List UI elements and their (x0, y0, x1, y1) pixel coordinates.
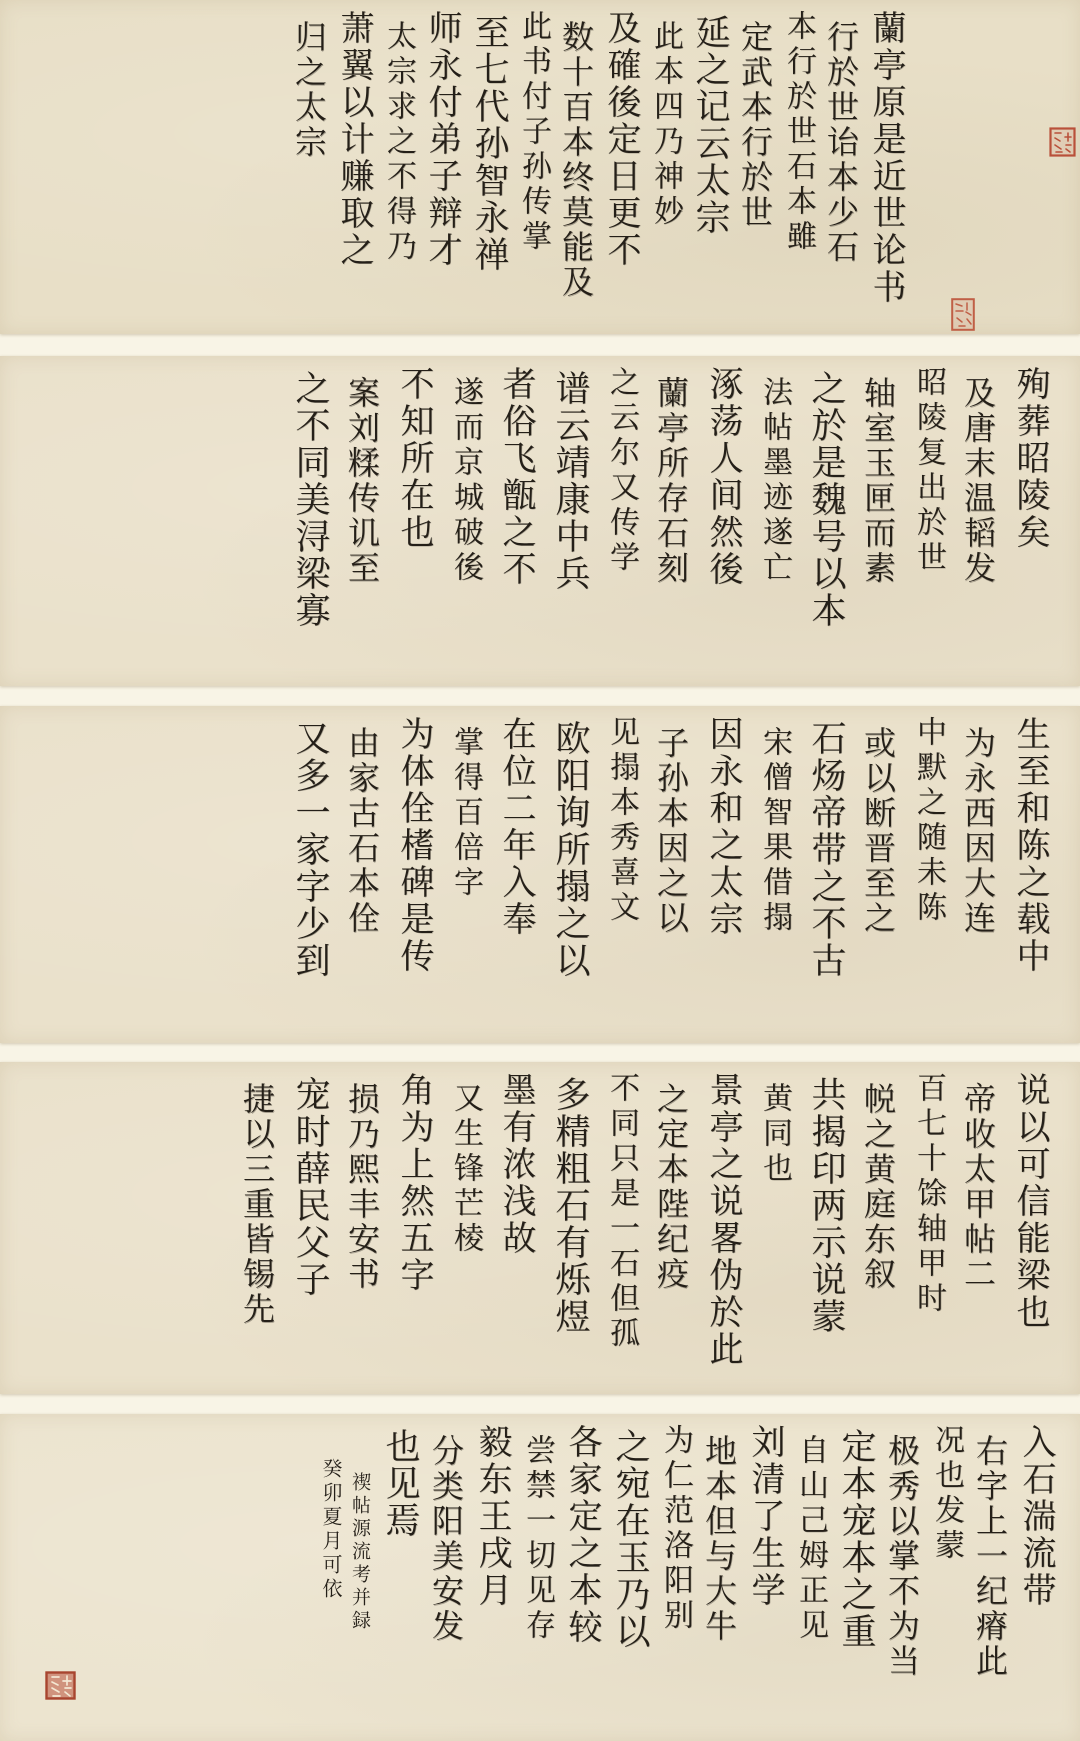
scroll-section-2: 殉葬昭陵矣及唐末温韬发昭陵复出於世轴室玉匣而素之於是魏号以本法帖墨迹遂亡涿荡人间… (0, 356, 1080, 686)
calligraphy-column: 宋僧智果借搨 (759, 716, 789, 1033)
scroll-section-1: 蘭亭原是近世论书行於世诒本少石本行於世石本雖定武本行於世延之记云太宗此本四乃神妙… (0, 0, 1080, 334)
calligraphy-columns-section-5: 入石湍流带右字上一纪瘠此况也发蒙极秀以掌不为当定本宠本之重自山己姆正见刘清了生学… (0, 1414, 1080, 1741)
calligraphy-column: 数十百本终莫能及 (560, 10, 592, 324)
calligraphy-column: 也见焉 (382, 1424, 417, 1731)
colophon-column: 禊帖源流考并録 (350, 1424, 369, 1731)
scroll-section-4: 说以可信能梁也帝收太甲帖二百七十馀轴甲时帨之黄庭东叙共揭印两示说蒙黄同也景亭之说… (0, 1062, 1080, 1394)
colophon-column: 癸卯夏月可依 (321, 1424, 341, 1731)
calligraphy-columns-section-4: 说以可信能梁也帝收太甲帖二百七十馀轴甲时帨之黄庭东叙共揭印两示说蒙黄同也景亭之说… (0, 1062, 1080, 1394)
calligraphy-column: 延之记云太宗 (692, 10, 727, 324)
calligraphy-column: 中默之随未陈 (913, 716, 943, 1033)
calligraphy-columns-section-3: 生至和陈之载中为永西因大连中默之随未陈或以断晋至之石炀帝带之不古宋僧智果借搨因永… (0, 706, 1080, 1043)
artist-seal-icon (45, 1671, 76, 1700)
calligraphy-column: 案刘糅传讥至 (346, 366, 378, 676)
calligraphy-column: 之云尔又传学 (606, 366, 636, 676)
calligraphy-column: 自山己姆正见 (795, 1424, 825, 1731)
calligraphy-column: 此本四乃神妙 (650, 10, 680, 324)
calligraphy-handscroll-image: { "artwork": { "form": "handscroll calli… (0, 0, 1080, 1741)
calligraphy-column: 尝禁一切见存 (522, 1424, 552, 1731)
calligraphy-column: 遂而京城破後 (450, 366, 480, 676)
calligraphy-column: 景亭之说畧伪於此 (706, 1072, 740, 1384)
calligraphy-column: 涿荡人间然後 (706, 366, 740, 676)
calligraphy-column: 损乃熙丰安书 (346, 1072, 378, 1384)
calligraphy-column: 本行於世石本雖 (783, 10, 813, 324)
calligraphy-column: 掌得百倍字 (450, 716, 480, 1033)
calligraphy-column: 毅东王戌月 (475, 1424, 509, 1731)
calligraphy-columns-section-2: 殉葬昭陵矣及唐末温韬发昭陵复出於世轴室玉匣而素之於是魏号以本法帖墨迹遂亡涿荡人间… (0, 356, 1080, 686)
calligraphy-column: 不同只是一石但孤 (606, 1072, 636, 1384)
calligraphy-columns-section-1: 蘭亭原是近世论书行於世诒本少石本行於世石本雖定武本行於世延之记云太宗此本四乃神妙… (0, 0, 1080, 334)
calligraphy-column: 各家定之本较 (565, 1424, 599, 1731)
calligraphy-column: 捷以三重皆锡先 (241, 1072, 273, 1384)
calligraphy-column: 谱云靖康中兵 (552, 366, 587, 676)
calligraphy-column: 定本宠本之重 (838, 1424, 873, 1731)
calligraphy-column: 为仁范洛阳别 (660, 1424, 690, 1731)
scroll-section-5: 入石湍流带右字上一纪瘠此况也发蒙极秀以掌不为当定本宠本之重自山己姆正见刘清了生学… (0, 1414, 1080, 1741)
calligraphy-column: 帝收太甲帖二 (962, 1072, 994, 1384)
calligraphy-column: 地本但与大牛 (703, 1424, 735, 1731)
calligraphy-column: 之於是魏号以本 (808, 366, 843, 676)
calligraphy-column: 又生锋芒棱 (450, 1072, 480, 1384)
calligraphy-column: 子孙本因之以 (655, 716, 687, 1033)
collector-seal-icon (951, 298, 975, 331)
calligraphy-column: 石炀帝带之不古 (808, 716, 843, 1033)
calligraphy-column: 由家古石本佺 (346, 716, 378, 1033)
calligraphy-column: 刘清了生学 (748, 1424, 782, 1731)
calligraphy-column: 墨有浓浅故 (499, 1072, 533, 1384)
calligraphy-column: 欧阳询所搨之以 (552, 716, 587, 1033)
calligraphy-column: 多精粗石有烁煜 (552, 1072, 587, 1384)
calligraphy-column: 又多一家字少到 (292, 716, 327, 1033)
calligraphy-column: 及確後定日更不 (604, 10, 638, 324)
calligraphy-column: 归之太宗 (293, 10, 325, 324)
calligraphy-column: 及唐末温韬发 (962, 366, 994, 676)
calligraphy-column: 极秀以掌不为当 (886, 1424, 918, 1731)
calligraphy-column: 百七十馀轴甲时 (913, 1072, 943, 1384)
calligraphy-column: 共揭印两示说蒙 (808, 1072, 843, 1384)
calligraphy-column: 角为上然五字 (397, 1072, 431, 1384)
calligraphy-column: 说以可信能梁也 (1013, 1072, 1047, 1384)
calligraphy-column: 不知所在也 (397, 366, 431, 676)
calligraphy-column: 蘭亭原是近世论书 (869, 10, 903, 324)
calligraphy-column: 此书付子孙传掌 (518, 10, 548, 324)
calligraphy-column: 之定本陛纪疫 (655, 1072, 687, 1384)
calligraphy-column: 之宛在玉乃以 (612, 1424, 647, 1731)
calligraphy-column: 生至和陈之载中 (1013, 716, 1047, 1033)
calligraphy-column: 太宗求之不得乃 (383, 10, 413, 324)
calligraphy-column: 法帖墨迹遂亡 (759, 366, 789, 676)
calligraphy-column: 在位二年入奉 (499, 716, 533, 1033)
calligraphy-column: 至七代孙智永禅 (471, 10, 506, 324)
calligraphy-column: 帨之黄庭东叙 (862, 1072, 894, 1384)
collector-seal-icon (1049, 127, 1076, 157)
calligraphy-column: 入石湍流带 (1019, 1424, 1053, 1731)
calligraphy-column: 行於世诒本少石 (825, 10, 857, 324)
calligraphy-column: 蘭亭所存石刻 (655, 366, 687, 676)
calligraphy-column: 师永付弟子辩才 (425, 10, 459, 324)
calligraphy-column: 右字上一纪瘠此 (974, 1424, 1006, 1731)
calligraphy-column: 之不同美浔梁寡 (292, 366, 327, 676)
calligraphy-column: 见搨本秀喜文 (606, 716, 636, 1033)
calligraphy-column: 萧翼以计赚取之 (337, 10, 371, 324)
calligraphy-column: 为体佺榰碑是传 (397, 716, 431, 1033)
calligraphy-column: 轴室玉匣而素 (862, 366, 894, 676)
calligraphy-column: 宠时薛民父子 (292, 1072, 327, 1384)
calligraphy-column: 或以断晋至之 (862, 716, 894, 1033)
calligraphy-column: 定武本行於世 (739, 10, 771, 324)
scroll-section-3: 生至和陈之载中为永西因大连中默之随未陈或以断晋至之石炀帝带之不古宋僧智果借搨因永… (0, 706, 1080, 1043)
calligraphy-column: 分类阳美安发 (430, 1424, 462, 1731)
calligraphy-column: 殉葬昭陵矣 (1013, 366, 1047, 676)
calligraphy-column: 况也发蒙 (931, 1424, 961, 1731)
calligraphy-column: 昭陵复出於世 (913, 366, 943, 676)
calligraphy-column: 因永和之太宗 (706, 716, 740, 1033)
calligraphy-column: 者俗飞甑之不 (499, 366, 533, 676)
calligraphy-column: 黄同也 (759, 1072, 789, 1384)
calligraphy-column: 为永西因大连 (962, 716, 994, 1033)
